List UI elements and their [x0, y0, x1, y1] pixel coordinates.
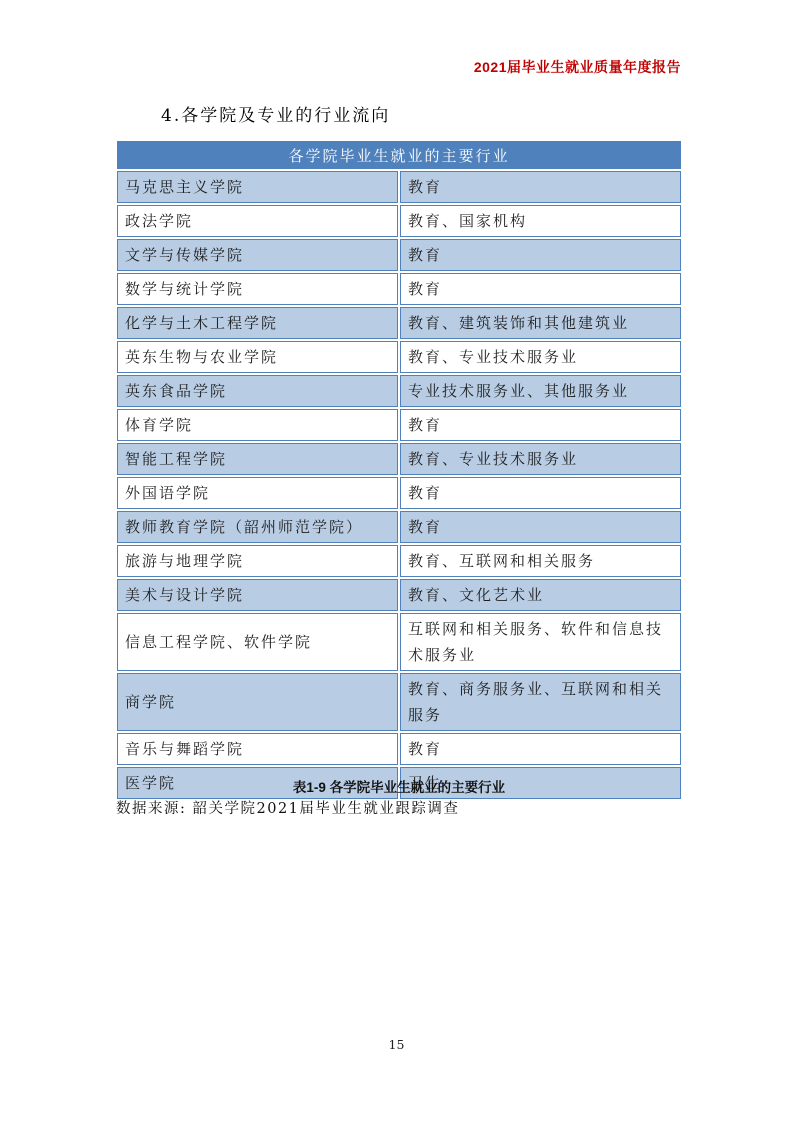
table-row: 数学与统计学院 教育 — [117, 273, 681, 305]
table-row: 体育学院 教育 — [117, 409, 681, 441]
section-heading: 4.各学院及专业的行业流向 — [161, 101, 390, 126]
table-row: 音乐与舞蹈学院 教育 — [117, 733, 681, 765]
college-cell: 旅游与地理学院 — [117, 545, 398, 577]
table-row: 英东食品学院 专业技术服务业、其他服务业 — [117, 375, 681, 407]
college-cell: 教师教育学院（韶州师范学院） — [117, 511, 398, 543]
college-cell: 政法学院 — [117, 205, 398, 237]
college-cell: 智能工程学院 — [117, 443, 398, 475]
industry-table-head: 各学院毕业生就业的主要行业 — [117, 141, 681, 169]
table-title-row: 各学院毕业生就业的主要行业 — [117, 141, 681, 169]
industry-cell: 教育、建筑装饰和其他建筑业 — [400, 307, 681, 339]
college-cell: 化学与土木工程学院 — [117, 307, 398, 339]
college-cell: 信息工程学院、软件学院 — [117, 613, 398, 671]
college-cell: 音乐与舞蹈学院 — [117, 733, 398, 765]
industry-cell: 教育 — [400, 171, 681, 203]
industry-cell: 教育 — [400, 409, 681, 441]
college-cell: 体育学院 — [117, 409, 398, 441]
data-source: 数据来源: 韶关学院2021届毕业生就业跟踪调查 — [116, 797, 459, 818]
college-cell: 数学与统计学院 — [117, 273, 398, 305]
college-cell: 外国语学院 — [117, 477, 398, 509]
table-row: 商学院 教育、商务服务业、互联网和相关服务 — [117, 673, 681, 731]
industry-table: 各学院毕业生就业的主要行业 马克思主义学院 教育 政法学院 教育、国家机构 文学… — [115, 139, 683, 801]
college-cell: 马克思主义学院 — [117, 171, 398, 203]
industry-cell: 教育、专业技术服务业 — [400, 443, 681, 475]
industry-table-body: 马克思主义学院 教育 政法学院 教育、国家机构 文学与传媒学院 教育 数学与统计… — [117, 171, 681, 799]
college-cell: 商学院 — [117, 673, 398, 731]
industry-cell: 教育、国家机构 — [400, 205, 681, 237]
college-cell: 英东生物与农业学院 — [117, 341, 398, 373]
table-row: 马克思主义学院 教育 — [117, 171, 681, 203]
table-row: 英东生物与农业学院 教育、专业技术服务业 — [117, 341, 681, 373]
industry-cell: 教育、互联网和相关服务 — [400, 545, 681, 577]
industry-cell: 专业技术服务业、其他服务业 — [400, 375, 681, 407]
report-page: 2021届毕业生就业质量年度报告 4.各学院及专业的行业流向 各学院毕业生就业的… — [0, 0, 793, 1122]
table-row: 智能工程学院 教育、专业技术服务业 — [117, 443, 681, 475]
college-cell: 文学与传媒学院 — [117, 239, 398, 271]
doc-header-title: 2021届毕业生就业质量年度报告 — [474, 57, 681, 77]
industry-cell: 教育 — [400, 477, 681, 509]
industry-cell: 教育、文化艺术业 — [400, 579, 681, 611]
table-row: 文学与传媒学院 教育 — [117, 239, 681, 271]
table-row: 政法学院 教育、国家机构 — [117, 205, 681, 237]
industry-cell: 教育 — [400, 273, 681, 305]
industry-cell: 教育 — [400, 733, 681, 765]
table-title: 各学院毕业生就业的主要行业 — [117, 141, 681, 169]
page-number: 15 — [0, 1037, 793, 1052]
college-cell: 英东食品学院 — [117, 375, 398, 407]
college-cell: 美术与设计学院 — [117, 579, 398, 611]
industry-cell: 教育 — [400, 511, 681, 543]
table-row: 化学与土木工程学院 教育、建筑装饰和其他建筑业 — [117, 307, 681, 339]
table-row: 美术与设计学院 教育、文化艺术业 — [117, 579, 681, 611]
industry-cell: 教育、商务服务业、互联网和相关服务 — [400, 673, 681, 731]
table-row: 教师教育学院（韶州师范学院） 教育 — [117, 511, 681, 543]
table-row: 信息工程学院、软件学院 互联网和相关服务、软件和信息技术服务业 — [117, 613, 681, 671]
industry-cell: 教育、专业技术服务业 — [400, 341, 681, 373]
industry-cell: 教育 — [400, 239, 681, 271]
industry-cell: 互联网和相关服务、软件和信息技术服务业 — [400, 613, 681, 671]
table-caption: 表1-9 各学院毕业生就业的主要行业 — [115, 776, 683, 796]
table-row: 旅游与地理学院 教育、互联网和相关服务 — [117, 545, 681, 577]
table-row: 外国语学院 教育 — [117, 477, 681, 509]
